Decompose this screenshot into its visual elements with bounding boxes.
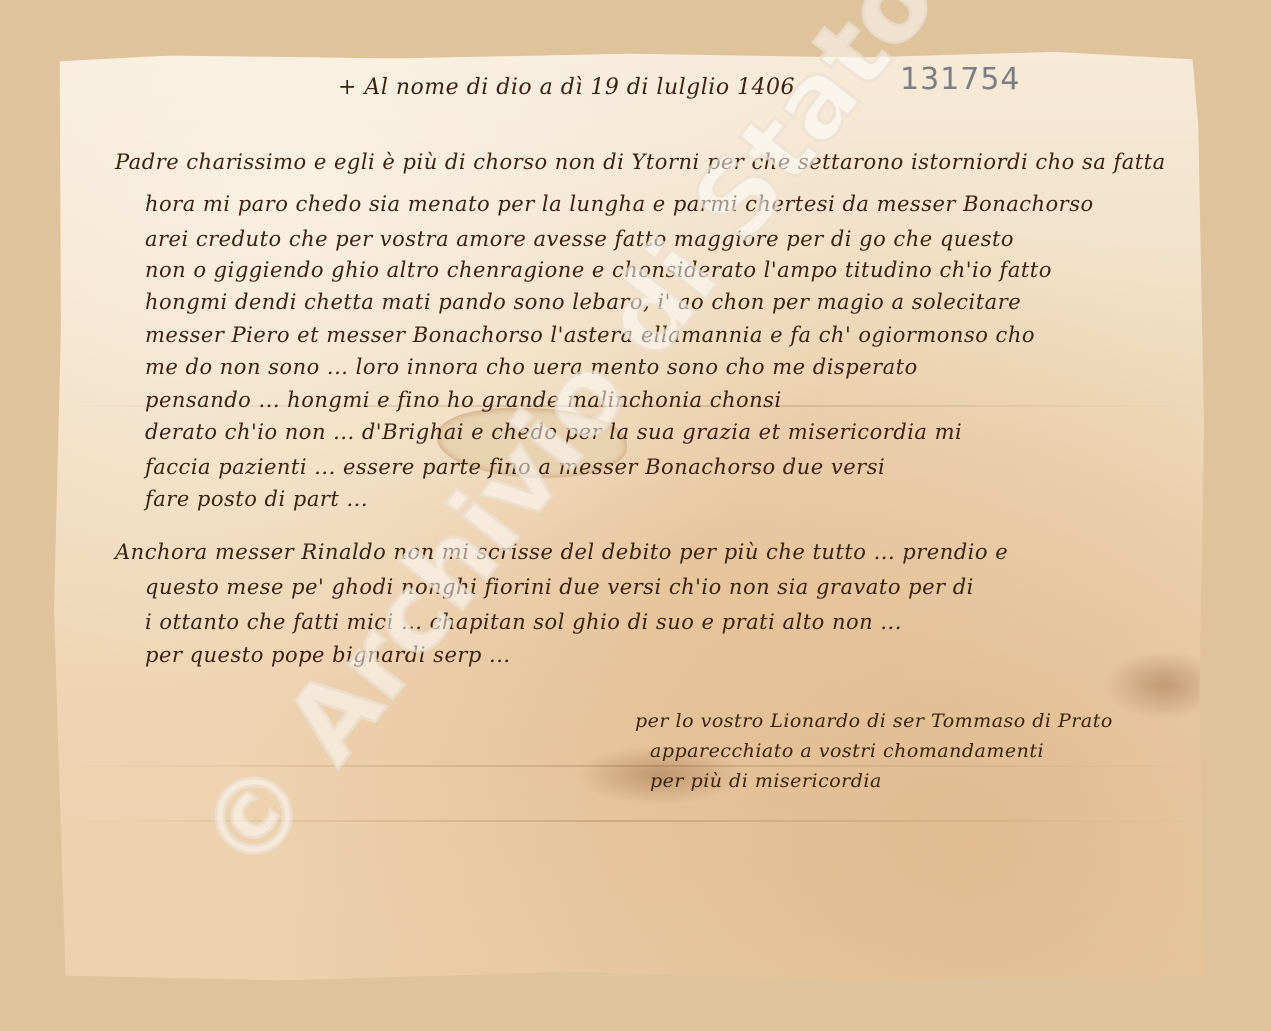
signature-line: per più di misericordia [650, 770, 882, 792]
text-line: fare posto di part ... [145, 487, 368, 511]
text-line: hora mi paro chedo sia menato per la lun… [145, 192, 1094, 216]
fold-crease [54, 820, 1204, 822]
text-line: arei creduto che per vostra amore avesse… [145, 227, 1014, 251]
text-line: per questo pope bignardi serp ... [145, 643, 511, 667]
text-line: non o giggiendo ghio altro chenragione e… [145, 258, 1052, 282]
letter-sheet [54, 50, 1204, 985]
archive-number: 131754 [900, 62, 1021, 97]
signature-line: apparecchiato a vostri chomandamenti [650, 740, 1044, 762]
text-line: derato ch'io non ... d'Brighai e chedo p… [145, 420, 962, 444]
text-line: hongmi dendi chetta mati pando sono leba… [145, 290, 1021, 314]
text-line: i ottanto che fatti mici ... chapitan so… [145, 610, 902, 634]
text-line: Anchora messer Rinaldo non mi scrisse de… [115, 540, 1008, 564]
text-line: me do non sono ... loro innora cho uera … [145, 355, 918, 379]
text-line: pensando ... hongmi e fino ho grande mal… [145, 388, 782, 412]
signature-line: per lo vostro Lionardo di ser Tommaso di… [635, 710, 1113, 732]
text-line: questo mese pe' ghodi nonghi fiorini due… [145, 575, 974, 599]
text-line: messer Piero et messer Bonachorso l'aste… [145, 323, 1035, 347]
ink-stain [1104, 650, 1224, 720]
text-line: faccia pazienti ... essere parte fino a … [145, 455, 885, 479]
letter-heading: + Al nome di dio a dì 19 di lulglio 1406 [338, 75, 795, 100]
text-line: Padre charissimo e egli è più di chorso … [115, 150, 1166, 174]
